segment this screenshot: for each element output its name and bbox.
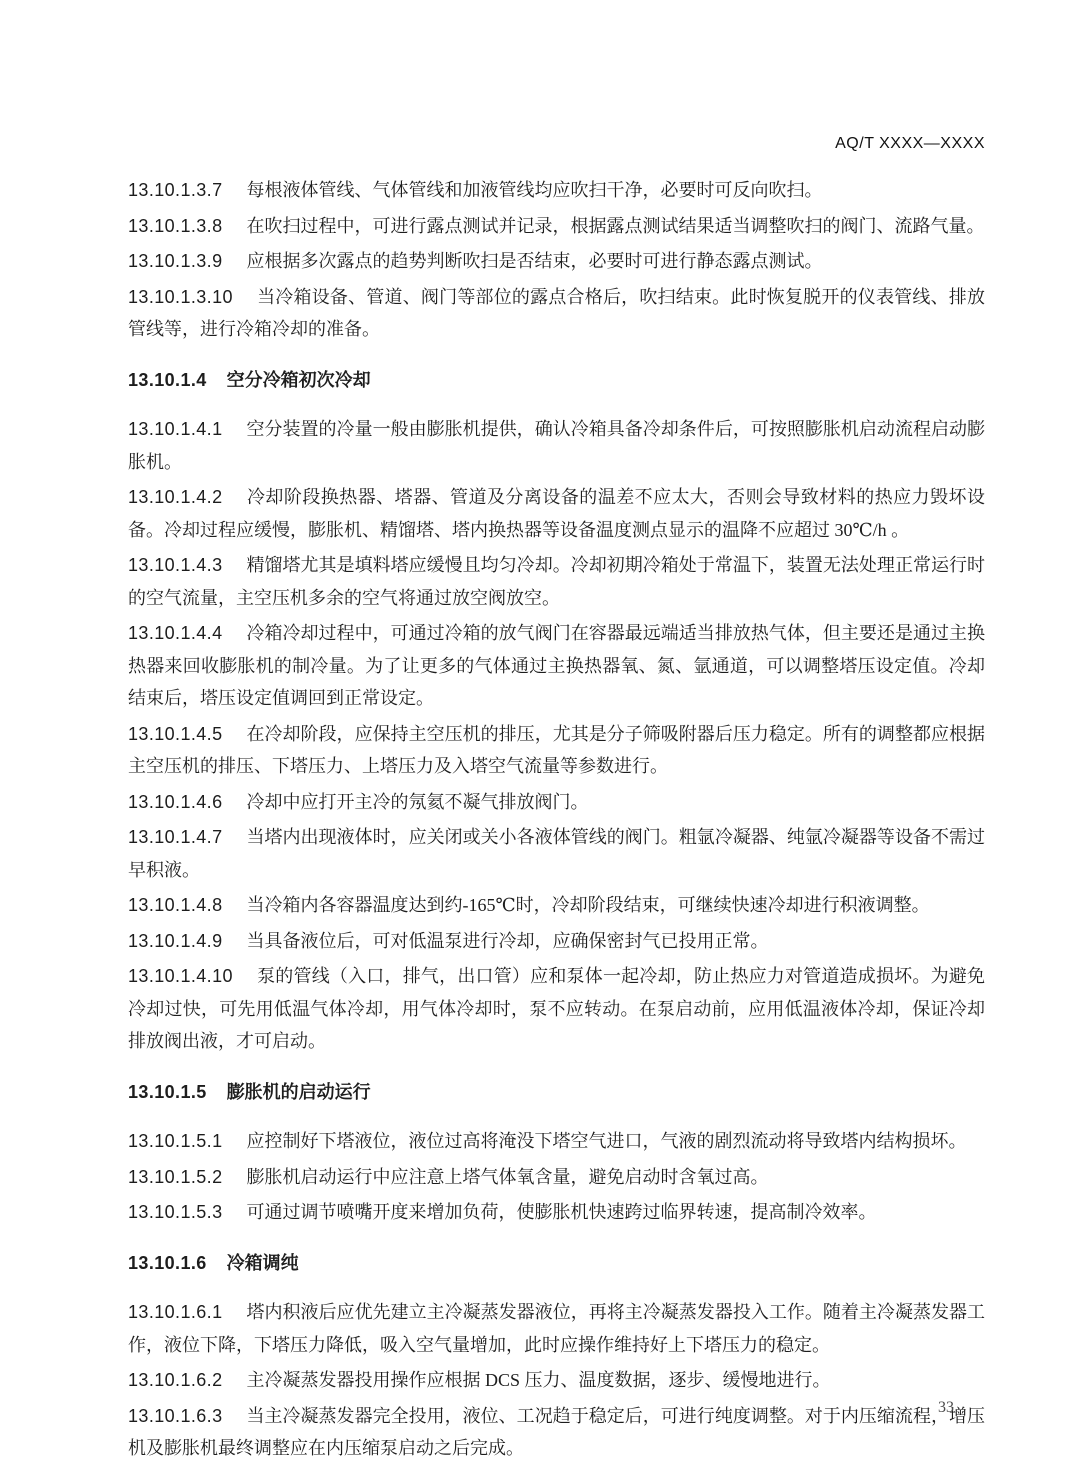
clause-13-10-1-3-10: 13.10.1.3.10当冷箱设备、管道、阀门等部位的露点合格后，吹扫结束。此时…	[128, 281, 985, 346]
clause-number: 13.10.1.4.3	[128, 555, 222, 575]
clause-text: 当具备液位后，可对低温泵进行冷却，应确保密封气已投用正常。	[246, 931, 768, 951]
clause-number: 13.10.1.4.9	[128, 931, 222, 951]
clause-13-10-1-6-2: 13.10.1.6.2主冷凝蒸发器投用操作应根据 DCS 压力、温度数据，逐步、…	[128, 1364, 985, 1397]
section-title: 膨胀机的启动运行	[227, 1082, 371, 1103]
clause-13-10-1-4-10: 13.10.1.4.10泵的管线（入口，排气，出口管）应和泵体一起冷却，防止热应…	[128, 960, 985, 1058]
clause-text: 应控制好下塔液位，液位过高将淹没下塔空气进口，气液的剧烈流动将导致塔内结构损坏。	[246, 1131, 966, 1151]
clause-text: 冷却中应打开主冷的氖氦不凝气排放阀门。	[246, 792, 588, 812]
section-number: 13.10.1.6	[128, 1253, 207, 1273]
clause-13-10-1-5-3: 13.10.1.5.3可通过调节喷嘴开度来增加负荷，使膨胀机快速跨过临界转速，提…	[128, 1196, 985, 1229]
clause-number: 13.10.1.4.7	[128, 827, 222, 847]
clause-13-10-1-4-4: 13.10.1.4.4冷箱冷却过程中，可通过冷箱的放气阀门在容器最远端适当排放热…	[128, 617, 985, 715]
clause-text: 冷却阶段换热器、塔器、管道及分离设备的温差不应太大，否则会导致材料的热应力毁坏设…	[128, 487, 985, 540]
clause-text: 冷箱冷却过程中，可通过冷箱的放气阀门在容器最远端适当排放热气体，但主要还是通过主…	[128, 623, 985, 708]
clause-13-10-1-3-9: 13.10.1.3.9应根据多次露点的趋势判断吹扫是否结束，必要时可进行静态露点…	[128, 245, 985, 278]
clause-number: 13.10.1.6.3	[128, 1406, 222, 1426]
standard-number-header: AQ/T XXXX—XXXX	[128, 134, 985, 154]
clause-number: 13.10.1.5.1	[128, 1131, 222, 1151]
clause-13-10-1-6-1: 13.10.1.6.1塔内积液后应优先建立主冷凝蒸发器液位，再将主冷凝蒸发器投入…	[128, 1296, 985, 1361]
section-title: 冷箱调纯	[227, 1253, 299, 1274]
section-number: 13.10.1.5	[128, 1082, 207, 1102]
clause-text: 可通过调节喷嘴开度来增加负荷，使膨胀机快速跨过临界转速，提高制冷效率。	[246, 1202, 876, 1222]
section-heading-13-10-1-4: 13.10.1.4空分冷箱初次冷却	[128, 364, 985, 398]
clause-number: 13.10.1.3.8	[128, 216, 222, 236]
clause-text: 每根液体管线、气体管线和加液管线均应吹扫干净，必要时可反向吹扫。	[246, 180, 822, 200]
clause-number: 13.10.1.4.6	[128, 792, 222, 812]
clause-text: 泵的管线（入口，排气，出口管）应和泵体一起冷却，防止热应力对管道造成损坏。为避免…	[128, 966, 985, 1051]
clause-number: 13.10.1.6.2	[128, 1370, 222, 1390]
clause-number: 13.10.1.4.2	[128, 487, 222, 507]
clause-number: 13.10.1.3.10	[128, 287, 233, 307]
clause-number: 13.10.1.6.1	[128, 1302, 222, 1322]
clause-text: 在冷却阶段，应保持主空压机的排压，尤其是分子筛吸附器后压力稳定。所有的调整都应根…	[128, 724, 985, 777]
clause-text: 当塔内出现液体时，应关闭或关小各液体管线的阀门。粗氩冷凝器、纯氩冷凝器等设备不需…	[128, 827, 985, 880]
clause-13-10-1-6-3: 13.10.1.6.3当主冷凝蒸发器完全投用，液位、工况趋于稳定后，可进行纯度调…	[128, 1400, 985, 1459]
clause-number: 13.10.1.4.4	[128, 623, 222, 643]
clause-text: 在吹扫过程中，可进行露点测试并记录，根据露点测试结果适当调整吹扫的阀门、流路气量…	[246, 216, 984, 236]
clause-number: 13.10.1.3.7	[128, 180, 222, 200]
clause-13-10-1-4-8: 13.10.1.4.8当冷箱内各容器温度达到约-165℃时，冷却阶段结束，可继续…	[128, 889, 985, 922]
clause-number: 13.10.1.5.3	[128, 1202, 222, 1222]
page-number: 33	[938, 1399, 954, 1417]
clause-13-10-1-4-3: 13.10.1.4.3精馏塔尤其是填料塔应缓慢且均匀冷却。冷却初期冷箱处于常温下…	[128, 549, 985, 614]
clause-text: 空分装置的冷量一般由膨胀机提供，确认冷箱具备冷却条件后，可按照膨胀机启动流程启动…	[128, 419, 985, 472]
clause-13-10-1-4-2: 13.10.1.4.2冷却阶段换热器、塔器、管道及分离设备的温差不应太大，否则会…	[128, 481, 985, 546]
clause-13-10-1-4-1: 13.10.1.4.1空分装置的冷量一般由膨胀机提供，确认冷箱具备冷却条件后，可…	[128, 413, 985, 478]
clause-text: 当冷箱设备、管道、阀门等部位的露点合格后，吹扫结束。此时恢复脱开的仪表管线、排放…	[128, 287, 985, 340]
clause-text: 当冷箱内各容器温度达到约-165℃时，冷却阶段结束，可继续快速冷却进行积液调整。	[246, 895, 929, 915]
clause-text: 当主冷凝蒸发器完全投用，液位、工况趋于稳定后，可进行纯度调整。对于内压缩流程，增…	[128, 1406, 985, 1459]
clause-13-10-1-4-6: 13.10.1.4.6冷却中应打开主冷的氖氦不凝气排放阀门。	[128, 786, 985, 819]
clause-13-10-1-3-7: 13.10.1.3.7每根液体管线、气体管线和加液管线均应吹扫干净，必要时可反向…	[128, 174, 985, 207]
clause-number: 13.10.1.4.10	[128, 966, 233, 986]
clause-text: 塔内积液后应优先建立主冷凝蒸发器液位，再将主冷凝蒸发器投入工作。随着主冷凝蒸发器…	[128, 1302, 985, 1355]
clause-13-10-1-5-2: 13.10.1.5.2膨胀机启动运行中应注意上塔气体氧含量，避免启动时含氧过高。	[128, 1161, 985, 1194]
clause-13-10-1-4-9: 13.10.1.4.9当具备液位后，可对低温泵进行冷却，应确保密封气已投用正常。	[128, 925, 985, 958]
clause-13-10-1-4-5: 13.10.1.4.5在冷却阶段，应保持主空压机的排压，尤其是分子筛吸附器后压力…	[128, 718, 985, 783]
section-title: 空分冷箱初次冷却	[227, 370, 371, 391]
clause-13-10-1-3-8: 13.10.1.3.8在吹扫过程中，可进行露点测试并记录，根据露点测试结果适当调…	[128, 210, 985, 243]
clause-13-10-1-4-7: 13.10.1.4.7当塔内出现液体时，应关闭或关小各液体管线的阀门。粗氩冷凝器…	[128, 821, 985, 886]
clause-text: 精馏塔尤其是填料塔应缓慢且均匀冷却。冷却初期冷箱处于常温下，装置无法处理正常运行…	[128, 555, 985, 608]
clause-number: 13.10.1.4.8	[128, 895, 222, 915]
clause-text: 主冷凝蒸发器投用操作应根据 DCS 压力、温度数据，逐步、缓慢地进行。	[246, 1370, 830, 1390]
section-heading-13-10-1-6: 13.10.1.6冷箱调纯	[128, 1247, 985, 1281]
clause-13-10-1-5-1: 13.10.1.5.1应控制好下塔液位，液位过高将淹没下塔空气进口，气液的剧烈流…	[128, 1125, 985, 1158]
clause-text: 膨胀机启动运行中应注意上塔气体氧含量，避免启动时含氧过高。	[246, 1167, 768, 1187]
clause-number: 13.10.1.5.2	[128, 1167, 222, 1187]
clause-number: 13.10.1.3.9	[128, 251, 222, 271]
clause-text: 应根据多次露点的趋势判断吹扫是否结束，必要时可进行静态露点测试。	[246, 251, 822, 271]
clause-number: 13.10.1.4.5	[128, 724, 222, 744]
clause-number: 13.10.1.4.1	[128, 419, 222, 439]
section-heading-13-10-1-5: 13.10.1.5膨胀机的启动运行	[128, 1076, 985, 1110]
section-number: 13.10.1.4	[128, 370, 207, 390]
document-page: AQ/T XXXX—XXXX 13.10.1.3.7每根液体管线、气体管线和加液…	[0, 0, 1080, 1459]
